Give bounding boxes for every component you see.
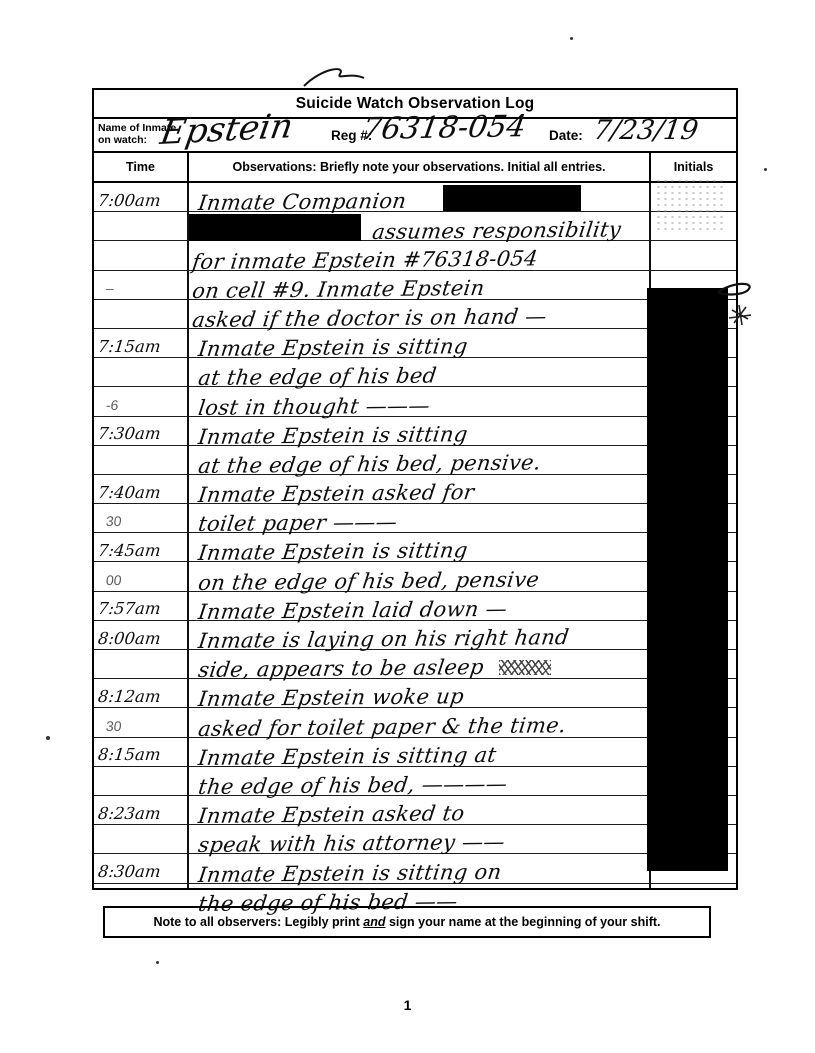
observation-text: toilet paper ——— — [197, 512, 398, 535]
observation-text: Inmate is laying on his right hand — [197, 627, 570, 652]
log-row: 8:15am Inmate Epstein is sitting at — [94, 738, 736, 767]
log-row: 30 toilet paper ——— — [94, 504, 736, 533]
time-value: 7:40am — [97, 485, 161, 502]
observation-text: Inmate Epstein is sitting — [197, 424, 469, 448]
observation-text: for inmate Epstein #76318-054 — [191, 248, 539, 273]
time-value: 7:00am — [97, 193, 161, 210]
margin-pen-squiggle — [716, 280, 780, 338]
scan-smudge — [655, 178, 725, 230]
redaction-box-initials-column — [647, 288, 728, 871]
time-value: 7:15am — [97, 339, 161, 356]
log-row: the edge of his bed, ———— — [94, 767, 736, 796]
log-row: at the edge of his bed — [94, 358, 736, 387]
observation-text: Inmate Epstein laid down — — [197, 599, 508, 623]
log-row: 8:30am Inmate Epstein is sitting on — [94, 854, 736, 883]
table-column-headers: Time Observations: Briefly note your obs… — [94, 153, 736, 183]
observers-note: Note to all observers: Legibly print and… — [103, 906, 711, 938]
log-row: 7:57am Inmate Epstein laid down — — [94, 592, 736, 621]
observation-text: on the edge of his bed, pensive — [197, 569, 540, 594]
observation-text: lost in thought ——— — [197, 395, 431, 418]
log-entries-body: 7:00am Inmate Companion assumes responsi… — [94, 183, 736, 888]
scan-speck — [764, 168, 767, 171]
log-row: 8:12am Inmate Epstein woke up — [94, 679, 736, 708]
inmate-name-value: Epstein — [158, 109, 295, 150]
column-header-time: Time — [94, 153, 189, 181]
log-row: side, appears to be asleep — [94, 650, 736, 679]
observation-text: Inmate Epstein is sitting — [197, 541, 469, 565]
log-row: asked if the doctor is on hand — — [94, 300, 736, 329]
log-row: for inmate Epstein #76318-054 — [94, 241, 736, 270]
log-row: assumes responsibility — [94, 212, 736, 241]
form-name-row: Name of Inmate on watch: Epstein Reg #: … — [94, 119, 736, 153]
observation-text: at the edge of his bed, pensive. — [197, 452, 542, 477]
observation-text: Inmate Epstein woke up — [197, 687, 465, 711]
observation-text: Inmate Epstein asked to — [197, 803, 466, 827]
date-value: 7/23/19 — [592, 117, 700, 144]
observation-text: Inmate Epstein asked for — [197, 482, 475, 506]
column-header-observations: Observations: Briefly note your observat… — [189, 153, 651, 181]
scan-speck — [156, 961, 159, 964]
observation-log-form: Suicide Watch Observation Log Name of In… — [92, 88, 738, 890]
log-row: 8:23am Inmate Epstein asked to — [94, 796, 736, 825]
reg-number-value: 76318-054 — [360, 112, 528, 145]
ink-scribble-mark — [499, 660, 551, 675]
page-number: 1 — [0, 997, 815, 1013]
observation-text: Inmate Epstein is sitting on — [197, 861, 503, 885]
log-row: 7:45am Inmate Epstein is sitting — [94, 533, 736, 562]
time-value: 8:15am — [97, 747, 161, 764]
emphasized-and: and — [363, 915, 385, 929]
scan-speck — [46, 736, 50, 740]
margin-mark: -6 — [105, 397, 119, 413]
redaction-box — [443, 185, 581, 211]
time-value: 8:30am — [97, 864, 161, 881]
log-row: 7:40am Inmate Epstein asked for — [94, 475, 736, 504]
observation-text: Inmate Companion — [197, 191, 408, 214]
log-row: – on cell #9. Inmate Epstein — [94, 271, 736, 300]
scanned-document-page: Suicide Watch Observation Log Name of In… — [0, 0, 815, 1053]
time-value: 8:12am — [97, 689, 161, 706]
margin-mark: 30 — [105, 513, 122, 529]
observation-text: asked for toilet paper & the time. — [197, 715, 567, 740]
log-row: 00 on the edge of his bed, pensive — [94, 562, 736, 591]
log-row: 7:00am Inmate Companion — [94, 183, 736, 212]
log-row: -6 lost in thought ——— — [94, 387, 736, 416]
observation-text: on cell #9. Inmate Epstein — [191, 278, 486, 302]
log-row: 8:00am Inmate is laying on his right han… — [94, 621, 736, 650]
margin-mark: – — [105, 280, 114, 296]
margin-mark: 00 — [105, 572, 122, 588]
observation-text: side, appears to be asleep — [197, 657, 485, 681]
log-row: 7:15am Inmate Epstein is sitting — [94, 329, 736, 358]
observation-text: asked if the doctor is on hand — — [191, 306, 548, 331]
observation-text: assumes responsibility — [371, 220, 622, 244]
time-value: 7:45am — [97, 543, 161, 560]
observation-text: Inmate Epstein is sitting — [197, 336, 469, 360]
scan-speck — [570, 37, 573, 40]
margin-mark: 30 — [105, 718, 122, 734]
observation-text: at the edge of his bed — [197, 366, 438, 389]
observation-text: the edge of his bed, ———— — [197, 774, 509, 798]
time-value: 7:57am — [97, 601, 161, 618]
time-value: 8:23am — [97, 806, 161, 823]
redaction-box — [189, 214, 361, 241]
log-row: 30 asked for toilet paper & the time. — [94, 708, 736, 737]
log-row: speak with his attorney —— — [94, 825, 736, 854]
observation-text: speak with his attorney —— — [197, 832, 506, 856]
time-value: 7:30am — [97, 426, 161, 443]
column-header-initials: Initials — [651, 153, 736, 181]
log-row: at the edge of his bed, pensive. — [94, 446, 736, 475]
date-label: Date: — [549, 128, 583, 143]
log-row: 7:30am Inmate Epstein is sitting — [94, 417, 736, 446]
observation-text: Inmate Epstein is sitting at — [197, 745, 498, 769]
time-value: 8:00am — [97, 631, 161, 648]
